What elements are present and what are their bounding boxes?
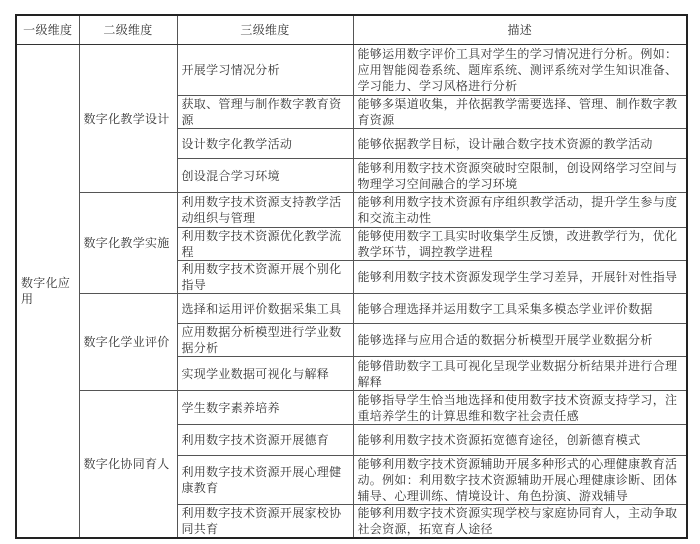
description-cell: 能够利用数字技术资源实现学校与家庭协同育人，主动争取社会资源，拓宽育人途径	[353, 505, 687, 539]
level3-cell: 利用数字技术资源开展心理健康教育	[177, 456, 353, 505]
header-level1: 一级维度	[16, 15, 79, 45]
description-cell: 能够利用数字技术资源拓宽德育途径，创新德育模式	[353, 425, 687, 456]
level3-cell: 应用数据分析模型进行学业数据分析	[177, 324, 353, 357]
description-cell: 能够合理选择并运用数字工具采集多模态学业评价数据	[353, 294, 687, 324]
level3-cell: 开展学习情况分析	[177, 45, 353, 96]
level3-cell: 选择和运用评价数据采集工具	[177, 294, 353, 324]
description-cell: 能够利用数字技术资源突破时空限制，创设网络学习空间与物理学习空间融合的学习环境	[353, 159, 687, 193]
level3-cell: 实现学业数据可视化与解释	[177, 357, 353, 391]
description-cell: 能够借助数字工具可视化呈现学业数据分析结果并进行合理解释	[353, 357, 687, 391]
description-cell: 能够利用数字技术资源有序组织教学活动，提升学生参与度和交流主动性	[353, 193, 687, 228]
table-row: 数字化应用 数字化教学设计 开展学习情况分析 能够运用数字评价工具对学生的学习情…	[16, 45, 687, 96]
level3-cell: 利用数字技术资源开展德育	[177, 425, 353, 456]
description-cell: 能够选择与应用合适的数据分析模型开展学业数据分析	[353, 324, 687, 357]
level2-cell: 数字化教学设计	[79, 45, 177, 193]
table-row: 数字化教学实施 利用数字技术资源支持教学活动组织与管理 能够利用数字技术资源有序…	[16, 193, 687, 228]
description-cell: 能够利用数字技术资源辅助开展多种形式的心理健康教育活动。例如：利用数字技术资源辅…	[353, 456, 687, 505]
level3-cell: 设计数字化教学活动	[177, 129, 353, 159]
description-cell: 能够使用数字工具实时收集学生反馈，改进教学行为，优化教学环节，调控教学进程	[353, 228, 687, 261]
level3-cell: 利用数字技术资源支持教学活动组织与管理	[177, 193, 353, 228]
level2-cell: 数字化教学实施	[79, 193, 177, 294]
description-cell: 能够依据教学目标，设计融合数字技术资源的教学活动	[353, 129, 687, 159]
description-cell: 能够多渠道收集，并依据教学需要选择、管理、制作数字教育资源	[353, 96, 687, 129]
table-row: 数字化协同育人 学生数字素养培养 能够指导学生恰当地选择和使用数字技术资源支持学…	[16, 391, 687, 425]
level1-cell: 数字化应用	[16, 45, 79, 539]
header-row: 一级维度 二级维度 三级维度 描述	[16, 15, 687, 45]
description-cell: 能够指导学生恰当地选择和使用数字技术资源支持学习，注重培养学生的计算思维和数字社…	[353, 391, 687, 425]
level3-cell: 利用数字技术资源开展家校协同共育	[177, 505, 353, 539]
description-cell: 能够运用数字评价工具对学生的学习情况进行分析。例如：应用智能阅卷系统、题库系统、…	[353, 45, 687, 96]
table-row: 数字化学业评价 选择和运用评价数据采集工具 能够合理选择并运用数字工具采集多模态…	[16, 294, 687, 324]
level2-cell: 数字化协同育人	[79, 391, 177, 539]
level3-cell: 创设混合学习环境	[177, 159, 353, 193]
level3-cell: 利用数字技术资源开展个别化指导	[177, 261, 353, 294]
level3-cell: 利用数字技术资源优化教学流程	[177, 228, 353, 261]
level3-cell: 学生数字素养培养	[177, 391, 353, 425]
level3-cell: 获取、管理与制作数字教育资源	[177, 96, 353, 129]
header-level3: 三级维度	[177, 15, 353, 45]
level2-cell: 数字化学业评价	[79, 294, 177, 391]
description-cell: 能够利用数字技术资源发现学生学习差异，开展针对性指导	[353, 261, 687, 294]
header-level2: 二级维度	[79, 15, 177, 45]
header-description: 描述	[353, 15, 687, 45]
competency-table: 一级维度 二级维度 三级维度 描述 数字化应用 数字化教学设计 开展学习情况分析…	[15, 14, 688, 539]
